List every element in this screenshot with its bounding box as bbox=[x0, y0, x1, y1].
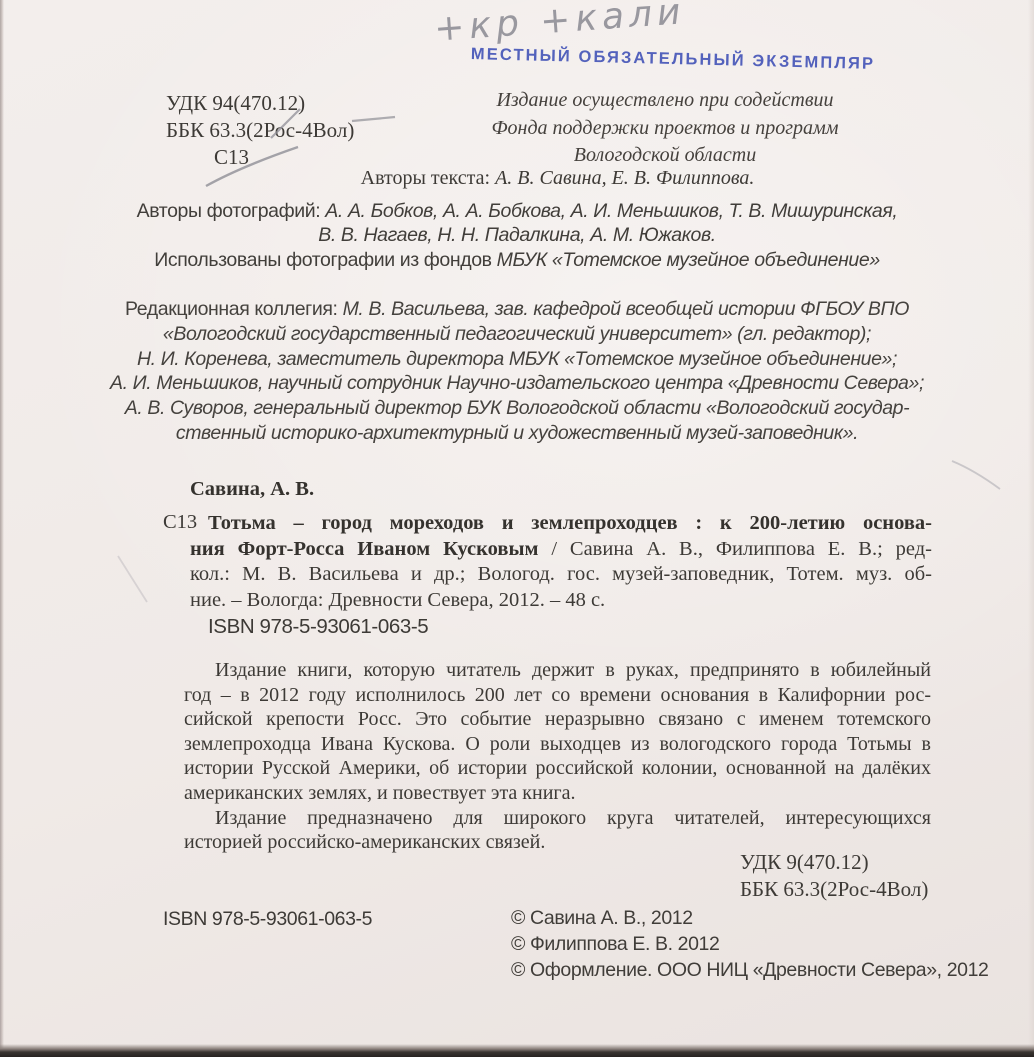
sponsor-note: Издание осуществлено при содействииФонда… bbox=[430, 87, 900, 170]
copyright-block: © Савина А. В., 2012© Филиппова Е. В. 20… bbox=[511, 906, 989, 983]
catalog-isbn: ISBN 978-5-93061-063-5 bbox=[190, 614, 932, 640]
abstract-paragraph-1: Издание книги, которую читатель держит в… bbox=[184, 658, 931, 806]
catalog-line4: ние. – Вологда: Древности Севера, 2012. … bbox=[190, 588, 932, 614]
pencil-margin-mark bbox=[118, 556, 147, 602]
abstract-paragraph-1-line-0: Издание книги, которую читатель держит в… bbox=[184, 658, 931, 683]
text-authors-names: А. В. Савина, Е. В. Филиппова. bbox=[495, 167, 754, 189]
photo-source-line: Использованы фотографии из фондов МБУК «… bbox=[42, 248, 992, 272]
photo-authors-names-1: А. А. Бобков, А. А. Бобкова, А. И. Меньш… bbox=[325, 200, 897, 222]
catalog-line3: кол.: М. В. Васильева и др.; Вологод. го… bbox=[190, 562, 932, 588]
abstract-paragraph-1-line-5: американских землях, и повествует эта кн… bbox=[184, 781, 931, 806]
pencil-handwriting-note: +кр +кали bbox=[433, 0, 687, 50]
scan-right-edge bbox=[1028, 0, 1034, 1057]
catalog-title-line2: ния Форт-Росса Иваном Кусковым / Савина … bbox=[190, 537, 932, 563]
bbk-code-bottom: ББК 63.3(2Рос-4Вол) bbox=[740, 876, 928, 903]
cataloging-codes-bottom: УДК 9(470.12) ББК 63.3(2Рос-4Вол) bbox=[740, 849, 928, 903]
cataloging-codes-top: УДК 94(470.12) ББК 63.3(2Рос-4Вол) С13 bbox=[166, 90, 354, 171]
photo-credits-block: Авторы фотографий: А. А. Бобков, А. А. Б… bbox=[42, 199, 992, 272]
catalog-author-heading: Савина, А. В. bbox=[190, 478, 314, 501]
editorial-board-first-rest: М. В. Васильева, зав. кафедрой всеобщей … bbox=[343, 298, 909, 320]
editorial-board-lines: «Вологодский государственный педагогичес… bbox=[42, 322, 992, 446]
sponsor-note-line-2: Вологодской области bbox=[430, 142, 900, 170]
abstract-paragraph-1-line-4: истории Русской Америки, об истории росс… bbox=[184, 756, 931, 781]
pencil-dash-mark bbox=[352, 117, 395, 121]
editorial-board-lines-line-4: ственный историко-архитектурный и художе… bbox=[42, 421, 992, 446]
photo-authors-label: Авторы фотографий: bbox=[137, 200, 321, 222]
sponsor-note-line-0: Издание осуществлено при содействии bbox=[430, 87, 900, 115]
photo-authors-line1: Авторы фотографий: А. А. Бобков, А. А. Б… bbox=[42, 199, 992, 223]
pencil-scratch-right-mark bbox=[952, 461, 1000, 489]
photo-authors-line2: В. В. Нагаев, Н. Н. Падалкина, А. М. Южа… bbox=[42, 223, 992, 247]
scanned-book-imprint-page: +кр +кали МЕСТНЫЙ ОБЯЗАТЕЛЬНЫЙ ЭКЗЕМПЛЯР… bbox=[0, 0, 1034, 1057]
scan-left-edge bbox=[0, 0, 4, 1057]
abstract-paragraph-2-line-0: Издание предназначено для широкого круга… bbox=[184, 806, 931, 831]
editorial-board-lines-line-2: А. И. Меньшиков, научный сотрудник Научн… bbox=[42, 371, 992, 396]
photo-source-prefix: Использованы фотографии из фондов bbox=[154, 249, 491, 271]
editorial-board-lines-line-0: «Вологодский государственный педагогичес… bbox=[42, 322, 992, 347]
bbk-code-top: ББК 63.3(2Рос-4Вол) bbox=[166, 117, 354, 144]
abstract-paragraph-1-line-3: землепроходца Ивана Кускова. О роли выхо… bbox=[184, 732, 931, 757]
scan-bottom-edge bbox=[0, 1044, 1034, 1057]
copyright-block-line-2: © Оформление. ООО НИЦ «Древности Севера»… bbox=[511, 958, 989, 984]
library-stamp: МЕСТНЫЙ ОБЯЗАТЕЛЬНЫЙ ЭКЗЕМПЛЯР bbox=[468, 45, 878, 74]
catalog-title-line1: Тотьма – город мореходов и землепроходце… bbox=[190, 511, 932, 537]
catalog-title-line2-bold: ния Форт-Росса Иваном Кусковым bbox=[190, 538, 538, 560]
text-authors-label: Авторы текста: bbox=[361, 167, 490, 189]
sponsor-note-line-1: Фонда поддержки проектов и программ bbox=[430, 115, 900, 143]
catalog-line2-rest: / Савина А. В., Филиппова Е. В.; ред- bbox=[538, 538, 932, 560]
editorial-board-lines-line-1: Н. И. Коренева, заместитель директора МБ… bbox=[42, 347, 992, 372]
udk-code-top: УДК 94(470.12) bbox=[166, 90, 354, 117]
copyright-block-line-0: © Савина А. В., 2012 bbox=[511, 906, 989, 932]
isbn-bottom: ISBN 978-5-93061-063-5 bbox=[163, 908, 372, 931]
abstract-paragraph-2: Издание предназначено для широкого круга… bbox=[184, 806, 931, 855]
editorial-board-lines-line-3: А. В. Суворов, генеральный директор БУК … bbox=[42, 396, 992, 421]
abstract-block: Издание книги, которую читатель держит в… bbox=[184, 658, 931, 855]
text-authors-line: Авторы текста: А. В. Савина, Е. В. Филип… bbox=[80, 167, 1034, 190]
udk-code-bottom: УДК 9(470.12) bbox=[740, 849, 928, 876]
abstract-paragraph-1-line-2: сийской крепости Росс. Это событие нераз… bbox=[184, 707, 931, 732]
editorial-board-first-line: Редакционная коллегия: М. В. Васильева, … bbox=[42, 297, 992, 322]
abstract-paragraph-1-line-1: год – в 2012 году исполнилось 200 лет со… bbox=[184, 683, 931, 708]
copyright-block-line-1: © Филиппова Е. В. 2012 bbox=[511, 932, 989, 958]
editorial-board-block: Редакционная коллегия: М. В. Васильева, … bbox=[42, 297, 992, 446]
photo-source-name: МБУК «Тотемское музейное объединение» bbox=[497, 249, 880, 271]
editorial-board-label: Редакционная коллегия: bbox=[125, 298, 338, 320]
catalog-entry: Тотьма – город мореходов и землепроходце… bbox=[190, 511, 932, 640]
